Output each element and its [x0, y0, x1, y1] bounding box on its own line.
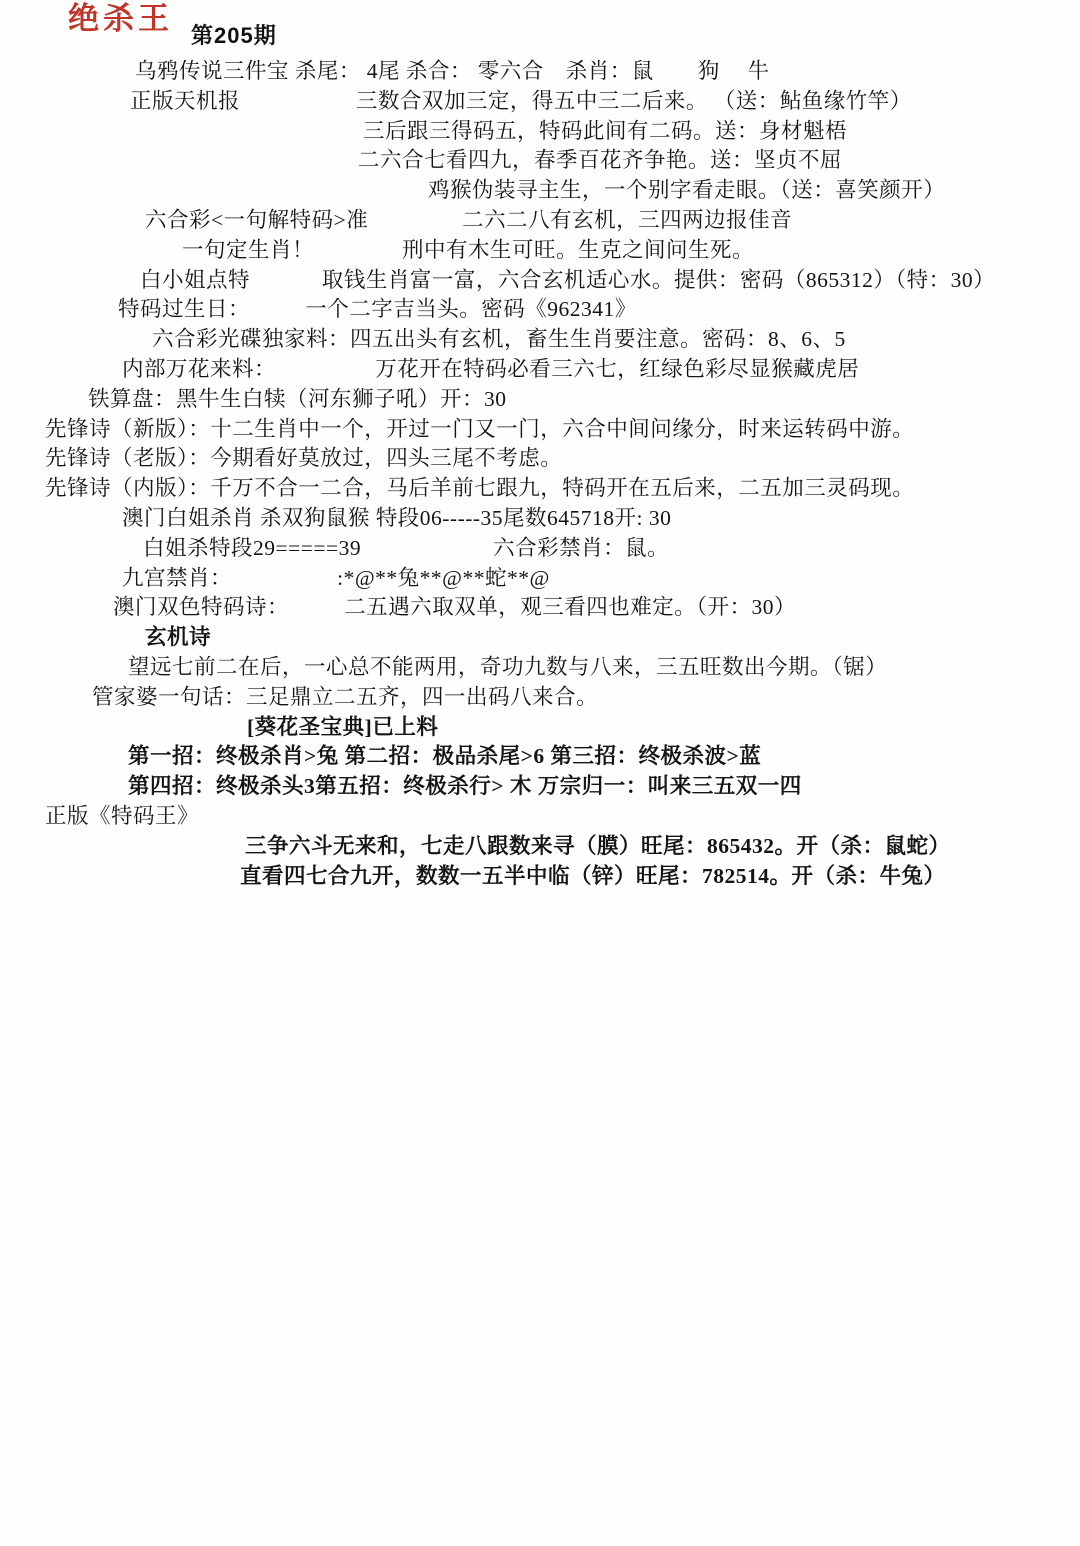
text-line: 六合彩<一句解特码>准 二六二八有玄机，三四两边报佳音: [0, 206, 1080, 236]
text-line: [葵花圣宝典]已上料: [0, 713, 1080, 743]
lottery-tip-sheet: 绝杀王 第205期 乌鸦传说三件宝 杀尾： 4尾 杀合： 零六合 杀肖：鼠 狗 …: [0, 0, 1080, 1546]
text-line: 乌鸦传说三件宝 杀尾： 4尾 杀合： 零六合 杀肖：鼠 狗 牛: [0, 57, 1080, 87]
text-line: 澳门双色特码诗： 二五遇六取双单，观三看四也难定。（开：30）: [0, 593, 1080, 623]
text-line: 一句定生肖！ 刑中有木生可旺。生克之间问生死。: [0, 236, 1080, 266]
text-line: 先锋诗（新版）：十二生肖中一个，开过一门又一门，六合中间问缘分，时来运转码中游。: [0, 415, 1080, 445]
text-line: 三争六斗无来和，七走八跟数来寻（膜）旺尾：865432。开（杀：鼠蛇）: [0, 832, 1080, 862]
text-line: 望远七前二在后，一心总不能两用，奇功九数与八来，三五旺数出今期。（锯）: [0, 653, 1080, 683]
text-line: 正版《特码王》: [0, 802, 1080, 832]
text-line: 玄机诗: [0, 623, 1080, 653]
text-line: 鸡猴伪装寻主生，一个别字看走眼。（送：喜笑颜开）: [0, 176, 1080, 206]
text-line: 先锋诗（内版）：千万不合一二合，马后羊前七跟九，特码开在五后来，二五加三灵码现。: [0, 474, 1080, 504]
text-line: 第四招：终极杀头3第五招：终极杀行> 木 万宗归一：叫来三五双一四: [0, 772, 1080, 802]
text-line: 第一招：终极杀肖>兔 第二招：极品杀尾>6 第三招：终极杀波>蓝: [0, 742, 1080, 772]
page-title: 绝杀王: [68, 2, 173, 36]
document-body: 乌鸦传说三件宝 杀尾： 4尾 杀合： 零六合 杀肖：鼠 狗 牛正版天机报 三数合…: [0, 57, 1080, 891]
text-line: 铁算盘：黑牛生白犊（河东狮子吼）开：30: [0, 385, 1080, 415]
text-line: 先锋诗（老版）：今期看好莫放过，四头三尾不考虑。: [0, 444, 1080, 474]
text-line: 二六合七看四九，春季百花齐争艳。送：坚贞不屈: [0, 146, 1080, 176]
text-line: 特码过生日： 一个二字吉当头。密码《962341》: [0, 295, 1080, 325]
text-line: 九宫禁肖： :*@**兔**@**蛇**@: [0, 564, 1080, 594]
text-line: 正版天机报 三数合双加三定，得五中三二后来。 （送：鲇鱼缘竹竿）: [0, 87, 1080, 117]
document-header: 绝杀王 第205期: [68, 2, 277, 50]
text-line: 白姐杀特段29=====39 六合彩禁肖：鼠。: [0, 534, 1080, 564]
text-line: 三后跟三得码五，特码此间有二码。送：身材魁梧: [0, 117, 1080, 147]
text-line: 内部万花来料： 万花开在特码必看三六七，红绿色彩尽显猴藏虎居: [0, 355, 1080, 385]
text-line: 白小姐点特 取钱生肖富一富，六合玄机适心水。提供：密码（865312）（特：30…: [0, 266, 1080, 296]
text-line: 直看四七合九开，数数一五半中临（锌）旺尾：782514。开（杀：牛兔）: [0, 862, 1080, 892]
text-line: 六合彩光碟独家料：四五出头有玄机，畜生生肖要注意。密码：8、6、5: [0, 325, 1080, 355]
issue-number: 第205期: [191, 19, 277, 50]
text-line: 澳门白姐杀肖 杀双狗鼠猴 特段06-----35尾数645718开: 30: [0, 504, 1080, 534]
text-line: 管家婆一句话：三足鼎立二五齐，四一出码八来合。: [0, 683, 1080, 713]
